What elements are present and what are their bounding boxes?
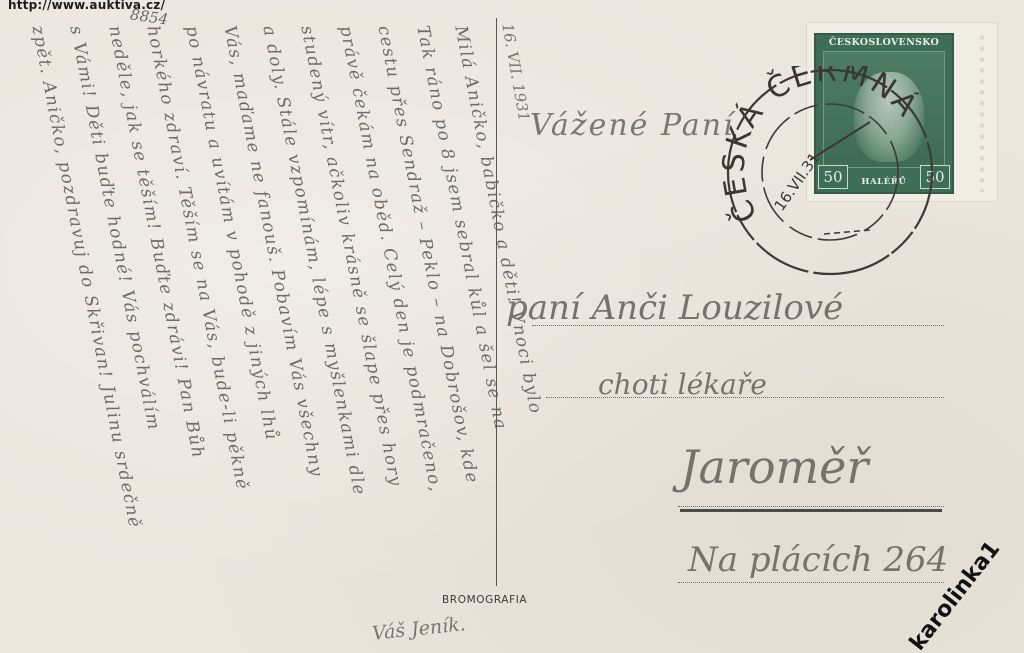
publisher-imprint: BROMOGRAFIA: [442, 594, 527, 606]
address-rule: [678, 582, 944, 583]
postmark-date: 16.VII.31: [771, 149, 824, 214]
postmark-place: ČESKÁ ČERMNÁ: [720, 66, 926, 229]
address-street: Na plácích 264: [688, 540, 948, 580]
address-salutation: Vážené Paní: [530, 108, 735, 143]
postcard: http://www.auktiva.cz/ 8854 Milá Aničko,…: [0, 0, 1024, 653]
svg-text:ČESKÁ ČERMNÁ: ČESKÁ ČERMNÁ: [720, 66, 926, 229]
message-date: 16. VII. 1931: [498, 22, 533, 123]
address-rule: [678, 506, 944, 507]
city-underline-bar: [680, 509, 942, 512]
address-recipient: paní Anči Louzilové: [506, 288, 843, 328]
address-title: choti lékaře: [598, 368, 767, 401]
address-city: Jaroměř: [680, 440, 868, 494]
handwritten-message: Milá Aničko, babičko a děti! Vnoci byloT…: [0, 0, 495, 653]
postmark-cancellation: ČESKÁ ČERMNÁ 16.VII.31: [720, 66, 946, 278]
card-divider-line: [496, 18, 497, 586]
stamp-country: ČESKOSLOVENSKO: [816, 37, 952, 48]
